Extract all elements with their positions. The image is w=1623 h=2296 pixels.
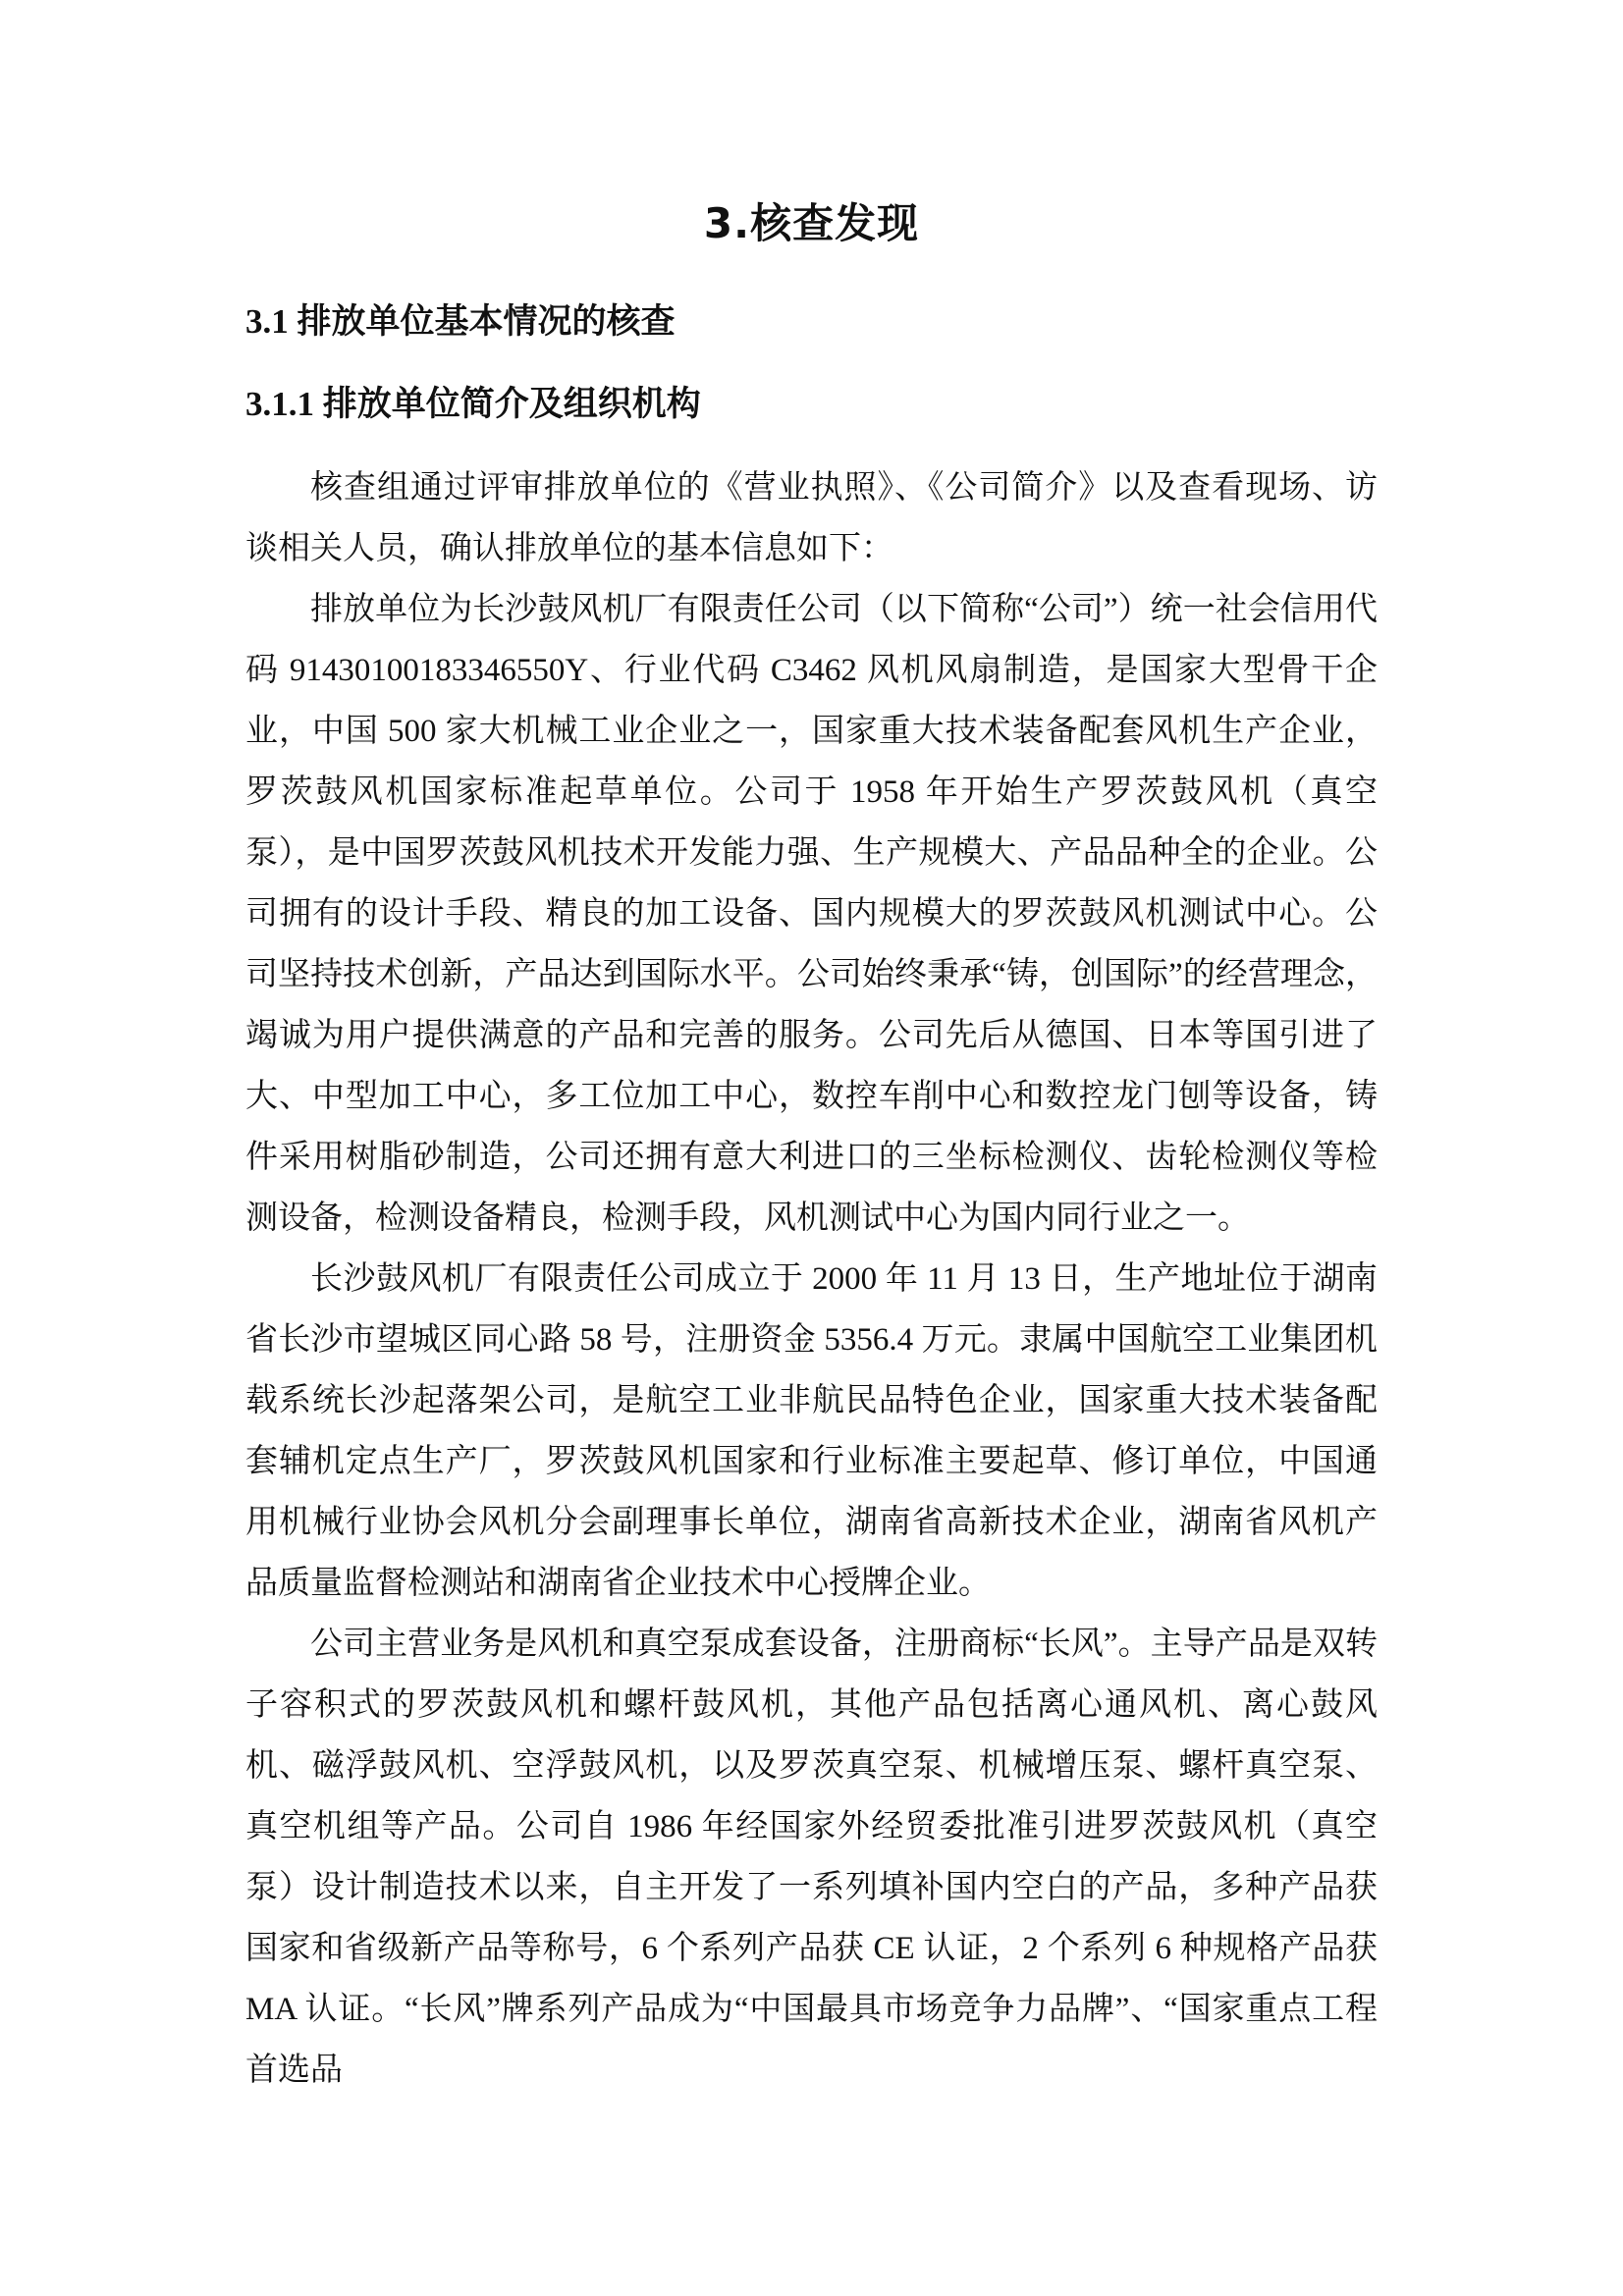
paragraph-company-overview: 排放单位为长沙鼓风机厂有限责任公司（以下简称“公司”）统一社会信用代码 9143… (245, 579, 1378, 1249)
subsection-heading-3-1-1: 3.1.1 排放单位简介及组织机构 (245, 383, 1378, 426)
paragraph-company-registration: 长沙鼓风机厂有限责任公司成立于 2000 年 11 月 13 日，生产地址位于湖… (245, 1249, 1378, 1614)
paragraph-intro: 核查组通过评审排放单位的《营业执照》、《公司简介》以及查看现场、访谈相关人员，确… (245, 457, 1378, 579)
document-body: 核查组通过评审排放单位的《营业执照》、《公司简介》以及查看现场、访谈相关人员，确… (245, 457, 1378, 2101)
section-heading-3-1: 3.1 排放单位基本情况的核查 (245, 300, 1378, 344)
page-title: 3.核查发现 (245, 198, 1378, 249)
document-page: 3.核查发现 3.1 排放单位基本情况的核查 3.1.1 排放单位简介及组织机构… (0, 0, 1623, 2296)
paragraph-main-business: 公司主营业务是风机和真空泵成套设备，注册商标“长风”。主导产品是双转子容积式的罗… (245, 1614, 1378, 2101)
